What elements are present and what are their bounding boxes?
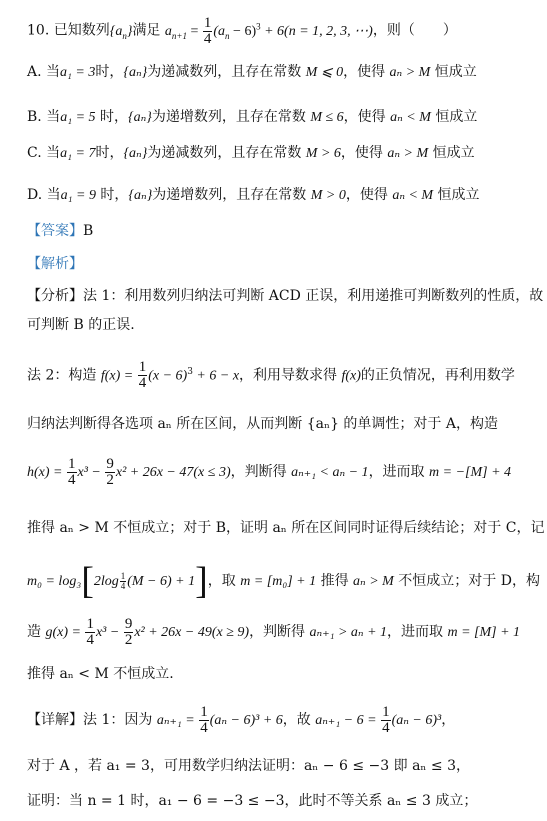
stem-text-2: 满足 — [132, 23, 160, 39]
seq-notation: {an} — [110, 24, 133, 39]
recurrence-formula: an+1 = 14(an − 6)3 + 6(n = 1, 2, 3, ⋯) — [165, 24, 373, 39]
analysis-tuide-d: 推得 aₙ < M 不恒成立. — [27, 664, 174, 684]
analysis-label: 【解析】 — [27, 254, 83, 274]
analysis-h-func: h(x) = 14x³ − 92x² + 26x − 47(x ≤ 3)，判断得… — [27, 452, 511, 492]
question-number: 10. — [27, 23, 49, 39]
analysis-fenxi-2: 可判断 B 的正误. — [27, 315, 135, 335]
option-a: A. 当a₁ = 3时，{aₙ}为递减数列，且存在常数 M ⩽ 0，使得 aₙ … — [27, 62, 477, 83]
answer-value: B — [83, 223, 93, 239]
detail-line-2: 对于 A ，若 a₁ = 3，可用数学归纳法证明：aₙ − 6 ≤ −3 即 a… — [27, 756, 470, 776]
detail-line-3: 证明：当 n = 1 时，a₁ − 6 = −3 ≤ −3，此时不等关系 aₙ … — [27, 791, 477, 811]
stem-text: 已知数列 — [54, 23, 110, 39]
option-d: D. 当a₁ = 9 时，{aₙ}为递增数列，且存在常数 M > 0，使得 aₙ… — [27, 185, 480, 206]
analysis-fenxi-1: 【分析】法 1：利用数列归纳法可判断 ACD 正误，利用递推可判断数列的性质，故 — [27, 286, 543, 306]
stem-tail: ，则（ ） — [373, 23, 457, 39]
detail-line-1: 【详解】法 1：因为 aₙ₊₁ = 14(aₙ − 6)³ + 6，故 aₙ₊₁… — [27, 700, 455, 740]
question-stem: 10. 已知数列{an}满足 an+1 = 14(an − 6)3 + 6(n … — [27, 8, 457, 44]
option-b: B. 当a₁ = 5 时，{aₙ}为递增数列，且存在常数 M ≤ 6，使得 aₙ… — [27, 107, 477, 128]
analysis-g-func: 造 g(x) = 14x³ − 92x² + 26x − 49(x ≥ 9)，判… — [27, 612, 520, 652]
analysis-guina: 归纳法判断得各选项 aₙ 所在区间，从而判断 {aₙ} 的单调性；对于 A，构造 — [27, 414, 498, 434]
analysis-fa2: 法 2：构造 f(x) = 14(x − 6)3 + 6 − x，利用导数求得 … — [27, 352, 515, 392]
option-c: C. 当a₁ = 7时，{aₙ}为递减数列，且存在常数 M > 6，使得 aₙ … — [27, 143, 475, 164]
analysis-tuide-a: 推得 aₙ > M 不恒成立；对于 B，证明 aₙ 所在区间同时证得后续结论；对… — [27, 518, 544, 538]
fraction: 14 — [203, 16, 213, 47]
analysis-m0: m₀ = log₃[2log14(M − 6) + 1]，取 m = [m₀] … — [27, 556, 540, 606]
answer: 【答案】B — [27, 221, 93, 241]
answer-label: 【答案】 — [27, 223, 83, 239]
